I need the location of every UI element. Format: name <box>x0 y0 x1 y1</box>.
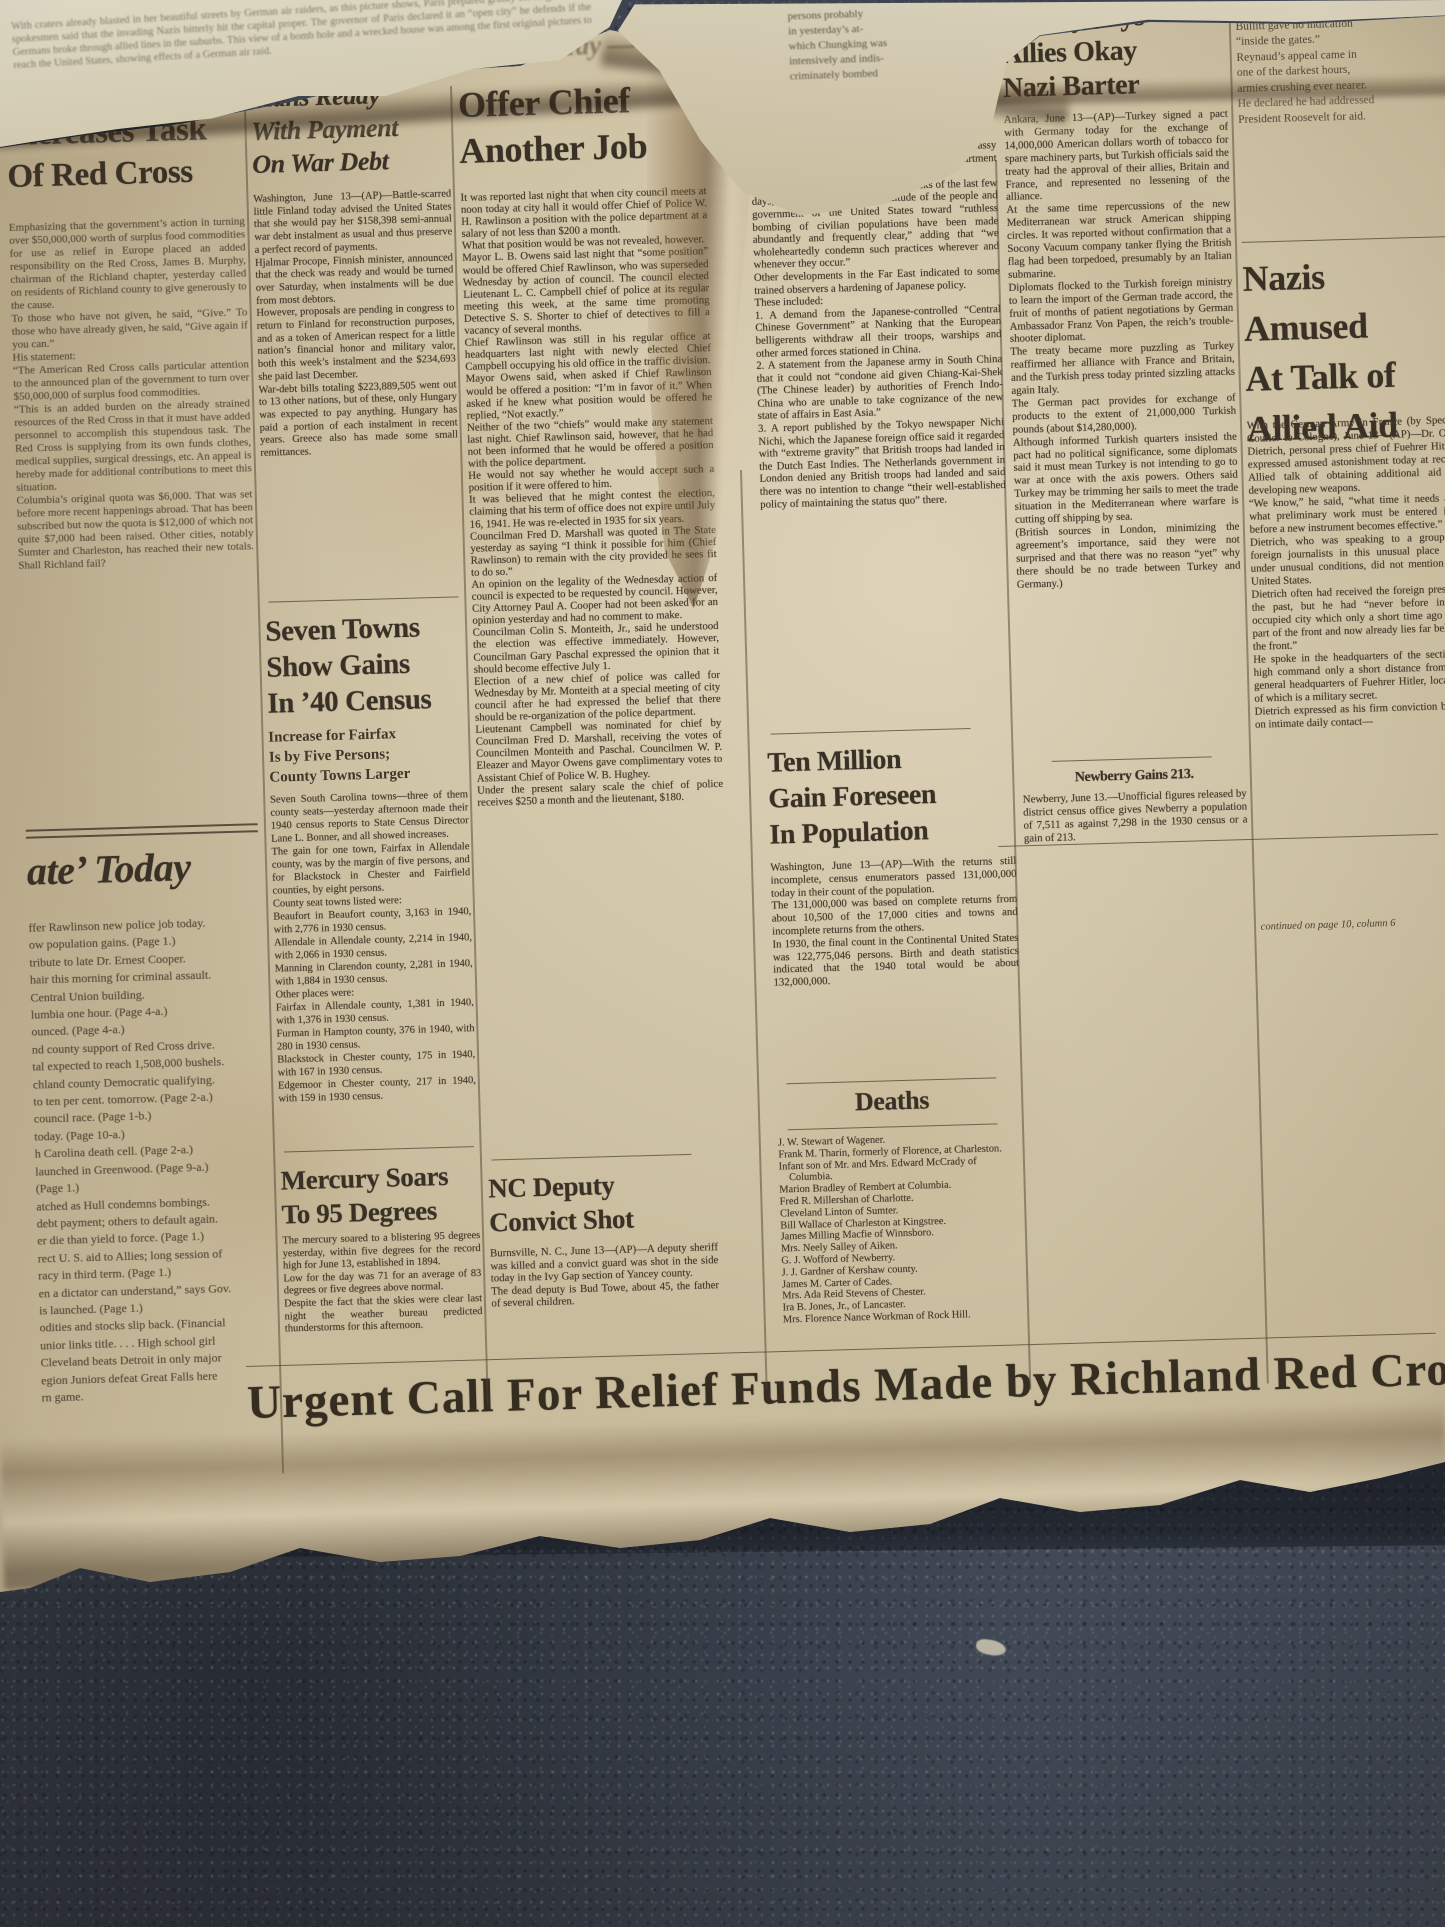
section-rule <box>1052 756 1212 761</box>
headline-deaths: Deaths <box>777 1083 1008 1119</box>
census-subhead: Increase for Fairfax Is by Five Persons;… <box>268 722 468 788</box>
article-nazis-body: With the German Army in France (by Speci… <box>1247 414 1445 918</box>
headline-mercury-soars: Mercury Soars To 95 Degrees <box>280 1158 480 1232</box>
article-population-body: Washington, June 13—(AP)—With the return… <box>770 855 1022 1076</box>
article-far-east-body: Japanese planes flew over the American e… <box>750 139 1012 726</box>
article-red-cross-body: Emphasizing that the government’s action… <box>9 215 261 809</box>
article-war-debt-body: Washington, June 13—(AP)—Battle-scarred … <box>253 188 462 593</box>
column-war-debt-census-mercury: Plans Ready With Payment On War Debt Was… <box>250 76 486 1431</box>
headline-ten-million-gain: Ten Million Gain Foreseen In Population <box>767 739 1016 854</box>
section-rule <box>1242 236 1445 243</box>
deaths-top-rule <box>786 1077 996 1084</box>
headline-seven-towns-census: Seven Towns Show Gains In ’40 Census <box>265 608 466 721</box>
deaths-bottom-rule <box>788 1123 998 1130</box>
section-rule <box>771 728 971 735</box>
continued-on-page-note: continued on page 10, column 6 <box>1261 916 1445 933</box>
article-turkey-body: Ankara, June 13—(AP)—Turkey signed a pac… <box>1004 108 1246 750</box>
column-red-cross: Federal Gift Increases Task Of Red Cross… <box>4 45 281 1511</box>
section-rule <box>269 596 459 602</box>
article-exchange-body-left <box>1002 956 1230 1390</box>
headline-nc-deputy-convict-shot: NC Deputy Convict Shot <box>488 1166 700 1240</box>
deaths-list: J. W. Stewart of Wagener.Frank M. Tharin… <box>778 1131 1028 1374</box>
headline-state-today-index: ate’ Today <box>26 841 263 895</box>
section-divider-double-rule <box>26 823 258 838</box>
column-nazis-amused: the state department. Bullitt gave no in… <box>1234 0 1445 970</box>
index-list: ffer Rawlinson new police job today.ow p… <box>28 913 280 1479</box>
photo-of-newspaper: { "banner": { "headline": "Urgent Call F… <box>0 0 1445 1927</box>
section-rule <box>491 1154 691 1161</box>
fragment-chungking-bombing: persons probably in yesterday’s at- whic… <box>787 3 992 162</box>
article-census-body: Seven South Carolina towns—three of them… <box>270 788 478 1145</box>
fragment-roosevelt-aid: the state department. Bullitt gave no in… <box>1235 0 1445 234</box>
headline-newberry-gains: Newberry Gains 213. <box>1022 765 1246 787</box>
section-rule <box>284 1146 474 1152</box>
